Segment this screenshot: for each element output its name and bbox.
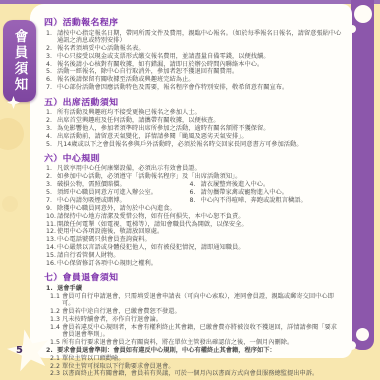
item-number: 1.3	[44, 316, 62, 323]
list-item: 4.出席活動前，請留意天氣變化，詳情請參閱「颱風及惡劣天氣安排」。	[44, 133, 343, 140]
item-number: 2.	[44, 173, 57, 180]
list-item: 14.中心嚴禁以言語或身體侵犯他人，如有被侵犯情況，請即通知職員。	[44, 244, 343, 251]
item-text: 須經中心職員同意方可進入辦公室。	[57, 189, 188, 196]
item-number: 5.	[44, 68, 57, 75]
item-text: 中心電話號碼只供會員查詢資料。	[57, 236, 343, 243]
item-text: 中心內不得喧嘩、奔跑或說粗言穢語。	[201, 197, 343, 204]
item-text: 中心部份活動會因應活動特色及需要，報名程序會作特別安排，敬希留意有關宣布。	[57, 84, 343, 91]
item-text: 會員若違反中心規則者，本會有權利終止其會籍，已繳會費亦將被沒收不獲退回，詳情請參…	[62, 324, 343, 339]
list-item: 2.如參加中心活動，必須遵守「活動報名程序」及「出席活動須知」。	[44, 173, 343, 180]
list-item: 3.為免影響他人，參加者須準時出席所參加之活動，逾時有關名額將不獲保留。	[44, 125, 343, 132]
item-text: 除獲中心職員同意外，請勿於中心內進食。	[57, 205, 343, 212]
list-item: 2.要求會員退會準則：會員如有違反中心規則，中心有權終止其會籍，程序如下：	[44, 347, 343, 354]
list-item: 3.中心只接受以現金或支票形式繳交報名費用，並請盡量自備零錢，以便找續。	[44, 53, 343, 60]
item-text: 請按中心指定報名日期，帶同所需文件及費用，親臨中心報名。（如於每季報名日報名，請…	[57, 30, 343, 45]
circle-decoration	[0, 118, 24, 150]
section: 五）出席活動須知1.所有活動及興趣班均不接受更換已報名之參加人士。2.出席首堂興…	[44, 95, 343, 148]
list-item: 5.須經中心職員同意方可進入辦公室。6.請勿攜帶家禽或寵物進入中心。	[44, 189, 343, 196]
list-item: 1.退會手續	[44, 285, 343, 292]
item-text: 中心嚴禁以言語或身體侵犯他人，如有被侵犯情況，請即通知職員。	[57, 244, 343, 251]
item-number: 5.	[44, 141, 57, 148]
item-text: 退會手續	[57, 285, 343, 292]
item-text: 出席首堂興趣班及任何活動，請攜帶有關收據，以便核查。	[57, 117, 343, 124]
item-text: 活動一經報名，除中心自行取消外，參加者恕不獲退回有關費用。	[57, 68, 343, 75]
item-number: 10.	[44, 213, 57, 220]
list-item: 11.開啟任何電掣（如電視、電梯等），請知會職員代為開啟，以保安全。	[44, 221, 343, 228]
list-item: 1.1會員可自行申請退會，只需填妥退會申請表（可向中心索取），連同會員證，親臨或…	[44, 293, 343, 308]
member-notice-tab: 會員須知	[3, 20, 36, 102]
section-title: 五）出席活動須知	[44, 95, 343, 108]
item-number: 9.	[44, 205, 57, 212]
section: 四）活動報名程序1.請按中心指定報名日期，帶同所需文件及費用，親臨中心報名。（如…	[44, 15, 343, 92]
list-item: 1.2會員若中途自行退會，已繳會費恕不發還。	[44, 308, 343, 315]
list-item: 7.中心內請勿吸煙或賭博。8.中心內不得喧嘩、奔跑或說粗言穢語。	[44, 197, 343, 204]
item-text: 請保持中心地方清潔及愛惜公物，如有任何損失，本中心恕不負責。	[57, 213, 343, 220]
item-text: 使用中心各項設施後，敬請放回原處。	[57, 228, 343, 235]
list-item: 16.中心保留修訂各項中心規則之權利。	[44, 260, 343, 267]
item-text: 請勿攜帶家禽或寵物進入中心。	[201, 189, 343, 196]
item-number: 8.	[188, 197, 201, 204]
item-number: 2.	[44, 45, 57, 52]
section: 七）會員退會須知1.退會手續1.1會員可自行申請退會，只需填妥退會申請表（可向中…	[44, 270, 343, 378]
list-item: 6.報名後請保留有關收據至活動或興趣班完結為止。	[44, 76, 343, 83]
list-item: 1.凡欲享用中心任何康樂設備，必須出示有效會員證。	[44, 165, 343, 172]
list-item: 1.請按中心指定報名日期，帶同所需文件及費用，親臨中心報名。（如於每季報名日報名…	[44, 30, 343, 45]
list-item: 7.中心部份活動會因應活動特色及需要，報名程序會作特別安排，敬希留意有關宣布。	[44, 84, 343, 91]
item-text: 所有活動及興趣班均不接受更換已報名之參加人士。	[57, 109, 343, 116]
item-number: 1.	[44, 109, 57, 116]
list-item: 9.除獲中心職員同意外，請勿於中心內進食。	[44, 205, 343, 212]
item-text: 請自行看管個人財物。	[57, 252, 343, 259]
list-item: 1.3凡未按時續會者，亦作自行退會論。	[44, 316, 343, 323]
item-text: 報名後請小心核對有關收據，如有錯漏，請即日於辦公時間內聯絡本中心。	[57, 61, 343, 68]
sparkle-icon	[7, 96, 20, 109]
item-text: 開啟任何電掣（如電視、電梯等），請知會職員代為開啟，以保安全。	[57, 221, 343, 228]
item-number: 1.	[44, 285, 57, 292]
item-text: 所有自行要求退會會員之有關資料，將在單位主管發出確認信之後，一個月內刪除。	[62, 339, 343, 346]
item-text: 中心內請勿吸煙或賭博。	[57, 197, 188, 204]
item-number: 1.4	[44, 324, 62, 331]
item-number: 2.	[44, 117, 57, 124]
item-text: 凡欲享用中心任何康樂設備，必須出示有效會員證。	[57, 165, 343, 172]
item-text: 單位主管以口頭勸喻。	[62, 355, 343, 362]
item-number: 1.1	[44, 293, 62, 300]
item-number: 5.	[44, 189, 57, 196]
list-item: 4.報名後請小心核對有關收據，如有錯漏，請即日於辦公時間內聯絡本中心。	[44, 61, 343, 68]
item-number: 1.	[44, 165, 57, 172]
item-text: 會員若中途自行退會，已繳會費恕不發還。	[62, 308, 343, 315]
section: 六）中心規則1.凡欲享用中心任何康樂設備，必須出示有效會員證。2.如參加中心活動…	[44, 151, 343, 267]
item-text: 以書面終止其有關會籍，會員若有異議，可於一個月內以書面方式向會員服務總監提出申訴…	[62, 370, 343, 377]
item-number: 2.3	[44, 370, 62, 377]
item-number: 1.2	[44, 308, 62, 315]
right-decoration-band	[351, 0, 374, 350]
list-item: 13.中心電話號碼只供會員查詢資料。	[44, 236, 343, 243]
list-item: 5.凡14歲或以下之會員報名參與戶外活動時，必須於報名時交回家長同意書方可參加活…	[44, 141, 343, 148]
item-number: 3.	[44, 181, 57, 188]
circle-decoration	[2, 196, 18, 212]
item-text: 報名者須填妥中心活動報名表。	[57, 45, 343, 52]
item-text: 中心保留修訂各項中心規則之權利。	[57, 260, 343, 267]
content-panel: 四）活動報名程序1.請按中心指定報名日期，帶同所需文件及費用，親臨中心報名。（如…	[30, 4, 352, 358]
item-number: 11.	[44, 221, 57, 228]
list-item: 2.報名者須填妥中心活動報名表。	[44, 45, 343, 52]
item-text: 如參加中心活動，必須遵守「活動報名程序」及「出席活動須知」。	[57, 173, 343, 180]
page-number: 5	[16, 345, 23, 356]
item-number: 12.	[44, 228, 57, 235]
item-text: 會員可自行申請退會，只需填妥退會申請表（可向中心索取），連同會員證，親臨或郵寄交…	[62, 293, 343, 308]
list-item: 2.出席首堂興趣班及任何活動，請攜帶有關收據，以便核查。	[44, 117, 343, 124]
list-item: 5.活動一經報名，除中心自行取消外，參加者恕不獲退回有關費用。	[44, 68, 343, 75]
handbook-page: 四）活動報名程序1.請按中心指定報名日期，帶同所需文件及費用，親臨中心報名。（如…	[0, 0, 380, 380]
item-number: 1.	[44, 30, 57, 37]
section-title: 七）會員退會須知	[44, 270, 343, 283]
item-number: 13.	[44, 236, 57, 243]
item-number: 4.	[44, 133, 57, 140]
item-number: 2.1	[44, 355, 62, 362]
item-number: 4.	[188, 181, 201, 188]
item-text: 凡未按時續會者，亦作自行退會論。	[62, 316, 343, 323]
list-item: 1.4會員若違反中心規則者，本會有權利終止其會籍，已繳會費亦將被沒收不獲退回，詳…	[44, 324, 343, 339]
item-number: 7.	[44, 197, 57, 204]
circle-decoration	[354, 5, 372, 23]
item-number: 2.	[44, 347, 57, 354]
list-item: 1.5所有自行要求退會會員之有關資料，將在單位主管發出確認信之後，一個月內刪除。	[44, 339, 343, 346]
item-number: 15.	[44, 252, 57, 259]
item-text: 報名後請保留有關收據至活動或興趣班完結為止。	[57, 76, 343, 83]
item-number: 4.	[44, 61, 57, 68]
item-text: 破損公物，需照價賠償。	[57, 181, 188, 188]
item-number: 7.	[44, 84, 57, 91]
item-number: 6.	[44, 76, 57, 83]
list-item: 12.使用中心各項設施後，敬請放回原處。	[44, 228, 343, 235]
list-item: 3.破損公物，需照價賠償。4.請衣履整齊後進入中心。	[44, 181, 343, 188]
item-text: 為免影響他人，參加者須準時出席所參加之活動，逾時有關名額將不獲保留。	[57, 125, 343, 132]
item-text: 單位主管可採取以下行動要求會員退會。	[62, 363, 343, 370]
item-text: 請衣履整齊後進入中心。	[201, 181, 343, 188]
list-item: 1.所有活動及興趣班均不接受更換已報名之參加人士。	[44, 109, 343, 116]
item-number: 3.	[44, 53, 57, 60]
list-item: 15.請自行看管個人財物。	[44, 252, 343, 259]
section-title: 四）活動報名程序	[44, 15, 343, 28]
item-text: 出席活動前，請留意天氣變化，詳情請參閱「颱風及惡劣天氣安排」。	[57, 133, 343, 140]
list-item: 2.2單位主管可採取以下行動要求會員退會。	[44, 363, 343, 370]
item-text: 中心只接受以現金或支票形式繳交報名費用，並請盡量自備零錢，以便找續。	[57, 53, 343, 60]
item-number: 1.5	[44, 339, 62, 346]
item-text: 要求會員退會準則：會員如有違反中心規則，中心有權終止其會籍，程序如下：	[57, 347, 343, 354]
list-item: 2.1單位主管以口頭勸喻。	[44, 355, 343, 362]
item-text: 凡14歲或以下之會員報名參與戶外活動時，必須於報名時交回家長同意書方可參加活動。	[57, 141, 343, 148]
sections-container: 四）活動報名程序1.請按中心指定報名日期，帶同所需文件及費用，親臨中心報名。（如…	[44, 15, 343, 378]
item-number: 6.	[188, 189, 201, 196]
list-item: 10.請保持中心地方清潔及愛惜公物，如有任何損失，本中心恕不負責。	[44, 213, 343, 220]
item-number: 3.	[44, 125, 57, 132]
circle-decoration	[356, 328, 369, 341]
list-item: 2.3以書面終止其有關會籍，會員若有異議，可於一個月內以書面方式向會員服務總監提…	[44, 370, 343, 377]
item-number: 2.2	[44, 363, 62, 370]
section-title: 六）中心規則	[44, 151, 343, 164]
item-number: 16.	[44, 260, 57, 267]
tab-label: 會員須知	[10, 29, 30, 93]
item-number: 14.	[44, 244, 57, 251]
